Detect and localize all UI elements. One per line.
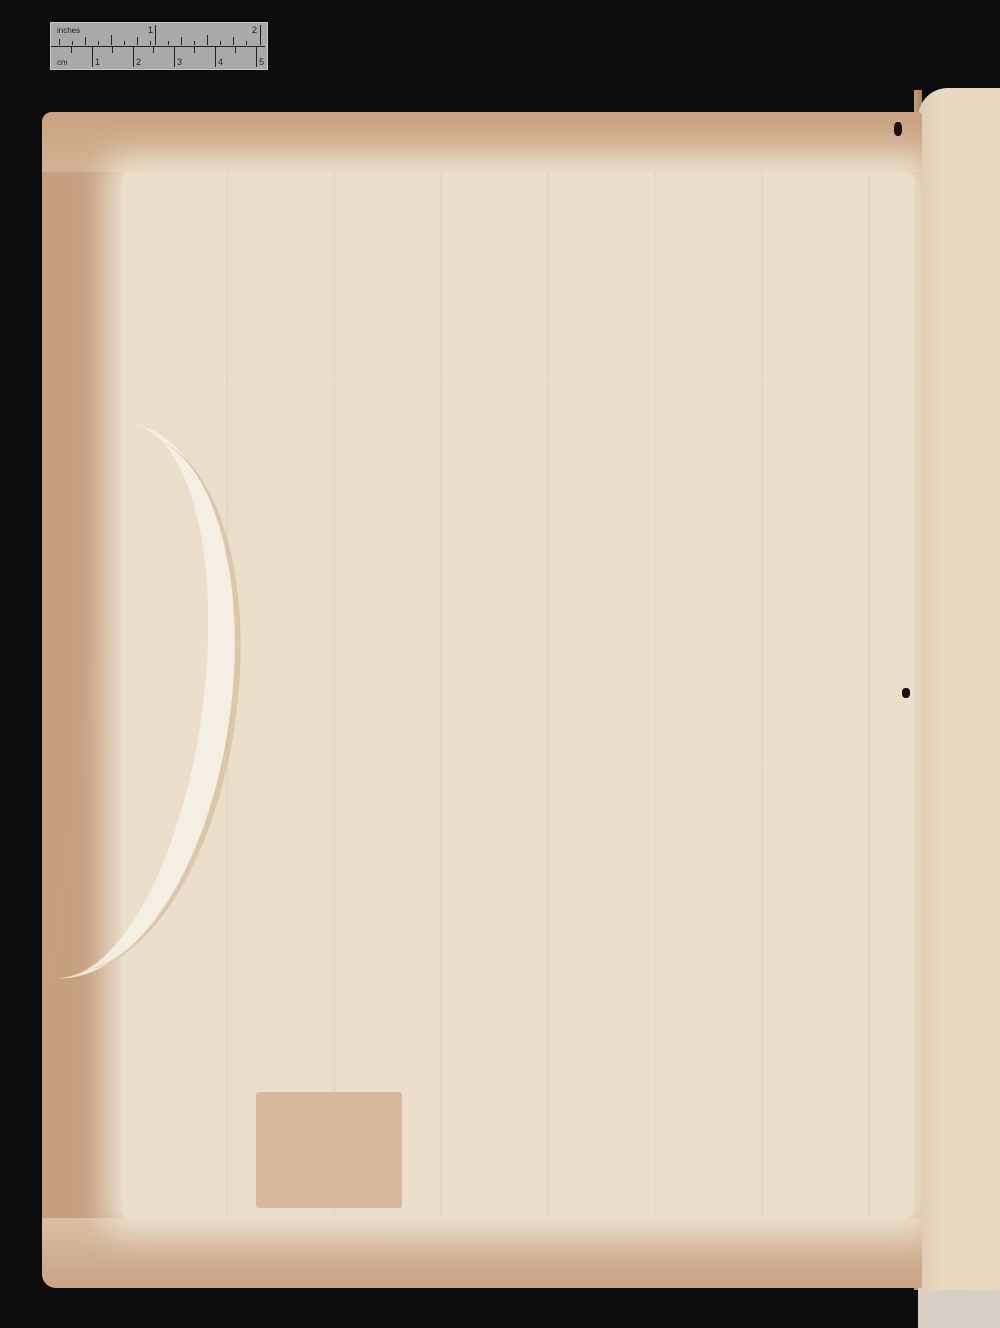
ruler-inch-1-tick — [155, 25, 156, 45]
ruler-inch-number: 2 — [252, 26, 257, 35]
worm-hole — [894, 122, 902, 136]
ruler-cm-label: cm — [57, 59, 68, 67]
water-stain-bottom — [42, 1218, 922, 1288]
scale-ruler: inches cm 1 2 1 2 3 4 5 — [50, 22, 268, 70]
ruler-cm-number: 1 — [95, 58, 100, 67]
support-cloth — [918, 1290, 1000, 1328]
ruler-cm-number: 4 — [218, 58, 223, 67]
scan-backdrop — [0, 0, 40, 1328]
facing-page-edge — [918, 88, 1000, 1310]
discoloured-patch — [256, 1092, 402, 1208]
page-clean-area — [122, 172, 914, 1218]
ruler-cm-number: 2 — [136, 58, 141, 67]
ruler-inches-label: inches — [57, 27, 80, 35]
ruler-cm-number: 3 — [177, 58, 182, 67]
water-stain-top — [42, 112, 922, 172]
ruler-midline — [51, 46, 265, 47]
book-page — [42, 112, 922, 1288]
worm-hole — [902, 688, 910, 698]
ruler-inch-2-tick — [260, 25, 261, 45]
ruler-inch-number: 1 — [148, 26, 153, 35]
ruler-cm-number: 5 — [259, 58, 264, 67]
